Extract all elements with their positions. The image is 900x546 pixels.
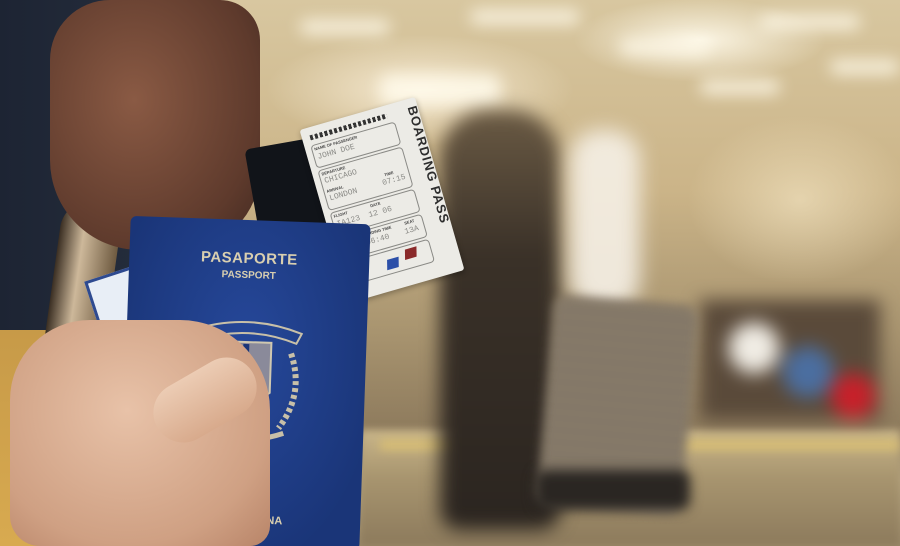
airport-photo: BOARDING PASS NAME OF PASSENGER JOHN DOE… <box>0 0 900 546</box>
blue-square-icon <box>387 257 399 271</box>
suitcase-wheels <box>535 470 690 510</box>
ceiling-light <box>830 60 900 74</box>
red-square-icon <box>405 246 417 260</box>
ceiling-light <box>300 20 390 34</box>
seated-passengers <box>700 300 880 420</box>
traveler-shirt <box>570 130 640 310</box>
ceiling-light <box>700 80 780 94</box>
ceiling-light <box>470 10 580 24</box>
lower-hand <box>10 320 270 546</box>
ceiling-light <box>620 40 710 54</box>
ceiling-light <box>760 15 860 29</box>
seat-number: 13A <box>404 224 420 237</box>
upper-hand <box>50 0 260 250</box>
